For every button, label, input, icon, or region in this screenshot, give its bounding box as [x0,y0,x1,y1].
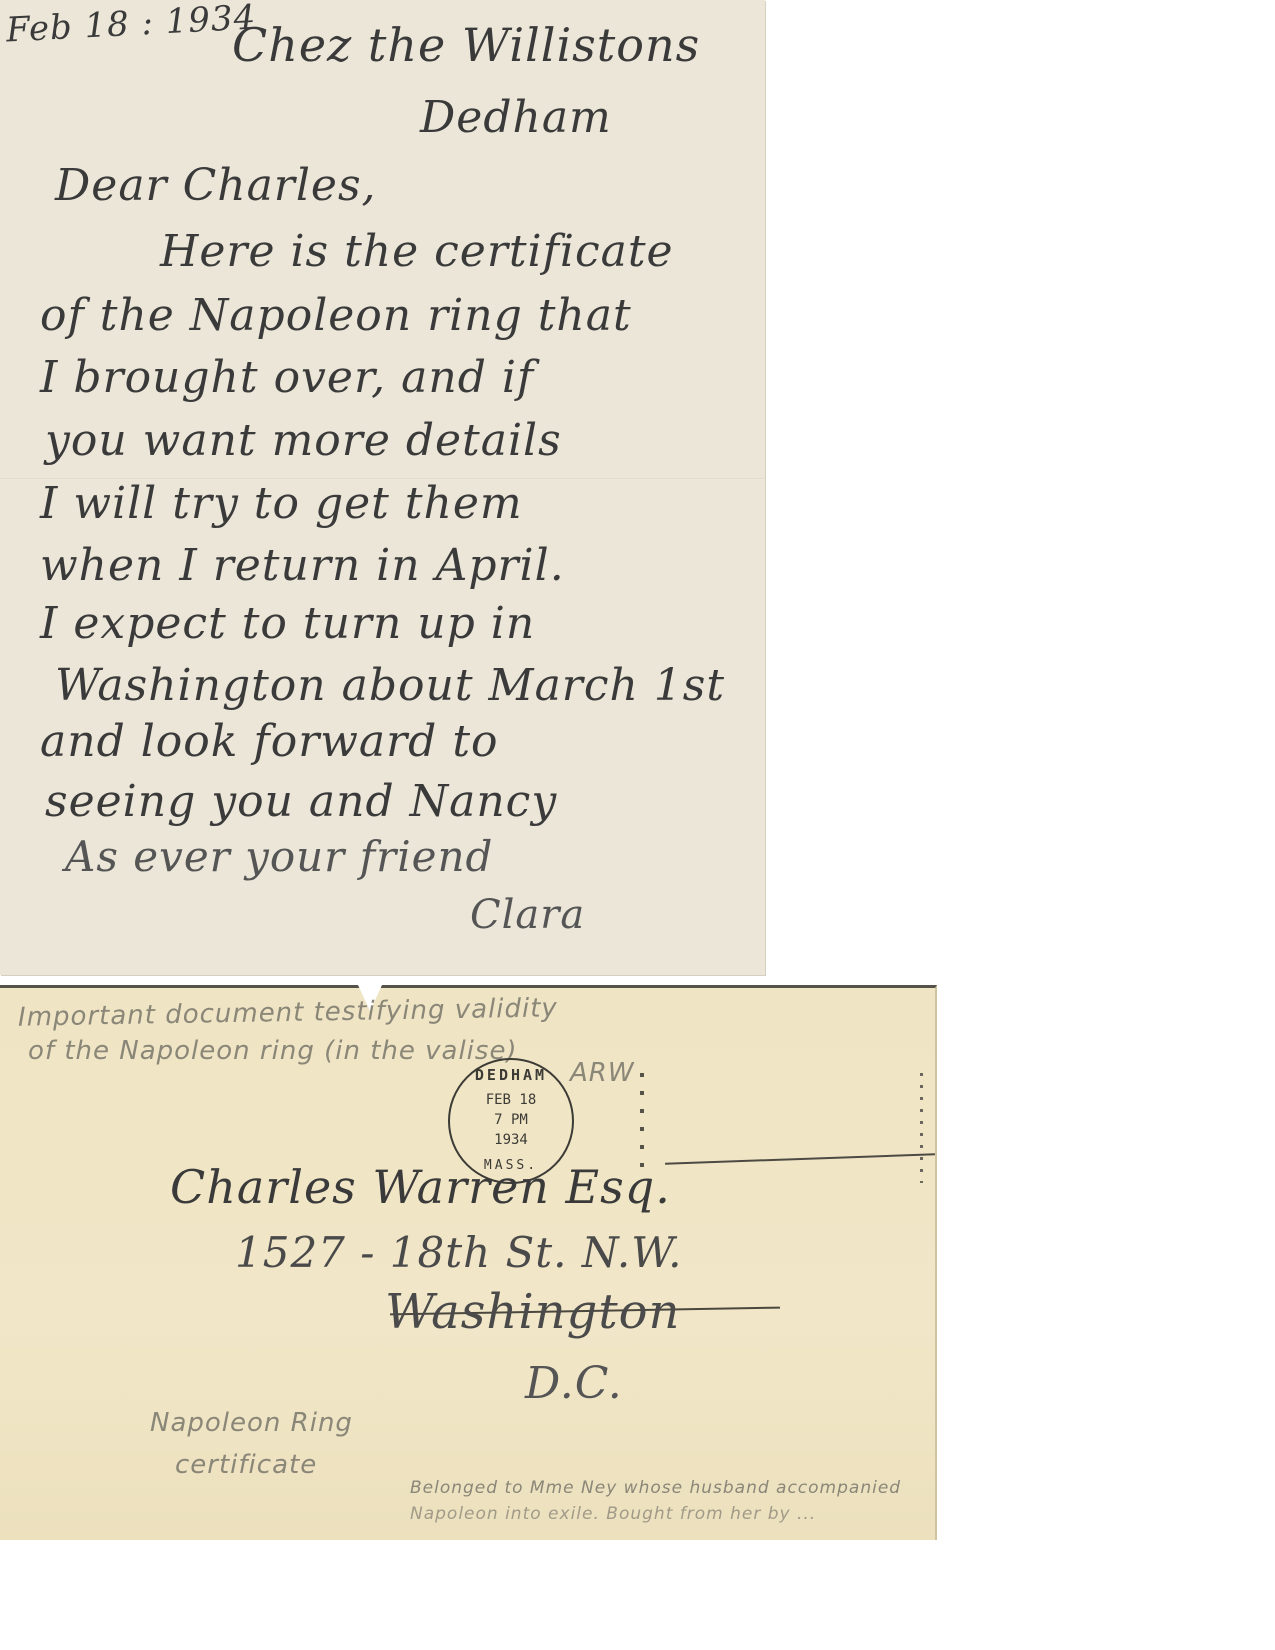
letter-salutation: Dear Charles, [55,160,377,211]
address-state: D.C. [525,1358,623,1409]
address-street: 1527 - 18th St. N.W. [235,1228,682,1277]
letter-body-line: you want more details [45,415,562,466]
letter-body-line: and look forward to [40,716,498,767]
letter-location-line1: Chez the Willistons [232,18,700,72]
envelope-pencil-note-bottom-line2: Napoleon into exile. Bought from her by … [410,1504,816,1524]
edge-perforation [920,1073,923,1183]
envelope-pencil-note-top-line1: Important document testifying validity [18,993,558,1032]
letter-location-line2: Dedham [420,92,612,143]
envelope-pencil-note-left-line2: certificate [175,1450,317,1480]
letter-body-line: I expect to turn up in [40,598,535,649]
envelope-pencil-note-bottom-line1: Belonged to Mme Ney whose husband accomp… [410,1478,901,1498]
postmark-time: 7 PM [450,1112,572,1128]
letter-body-line: I brought over, and if [40,352,534,403]
envelope-pencil-note-top-line2: of the Napoleon ring (in the valise) [28,1036,518,1066]
postmark-year: 1934 [450,1132,572,1148]
envelope: Important document testifying validity o… [0,985,937,1540]
letter-closing: As ever your friend [65,832,493,881]
letter-body-line: of the Napoleon ring that [40,290,632,341]
letter-sheet: Feb 18 : 1934 Chez the Willistons Dedham… [0,0,765,975]
letter-body-line: when I return in April. [40,540,565,591]
cancellation-dots [640,1073,644,1173]
letter-body-line: Here is the certificate [160,226,674,277]
postmark-date: FEB 18 [450,1092,572,1108]
address-name: Charles Warren Esq. [170,1160,671,1214]
letter-body-line: seeing you and Nancy [45,776,557,827]
postmark-city: DEDHAM [450,1066,572,1084]
letter-body-line: Washington about March 1st [55,660,725,711]
envelope-pencil-initials: ARW [570,1058,635,1088]
letter-date: Feb 18 : 1934 [5,0,257,51]
letter-body-line: I will try to get them [40,478,523,529]
cancellation-line [665,1153,935,1164]
letter-signature: Clara [470,892,585,938]
address-city: Washington [385,1284,680,1340]
envelope-pencil-note-left-line1: Napoleon Ring [150,1408,353,1438]
